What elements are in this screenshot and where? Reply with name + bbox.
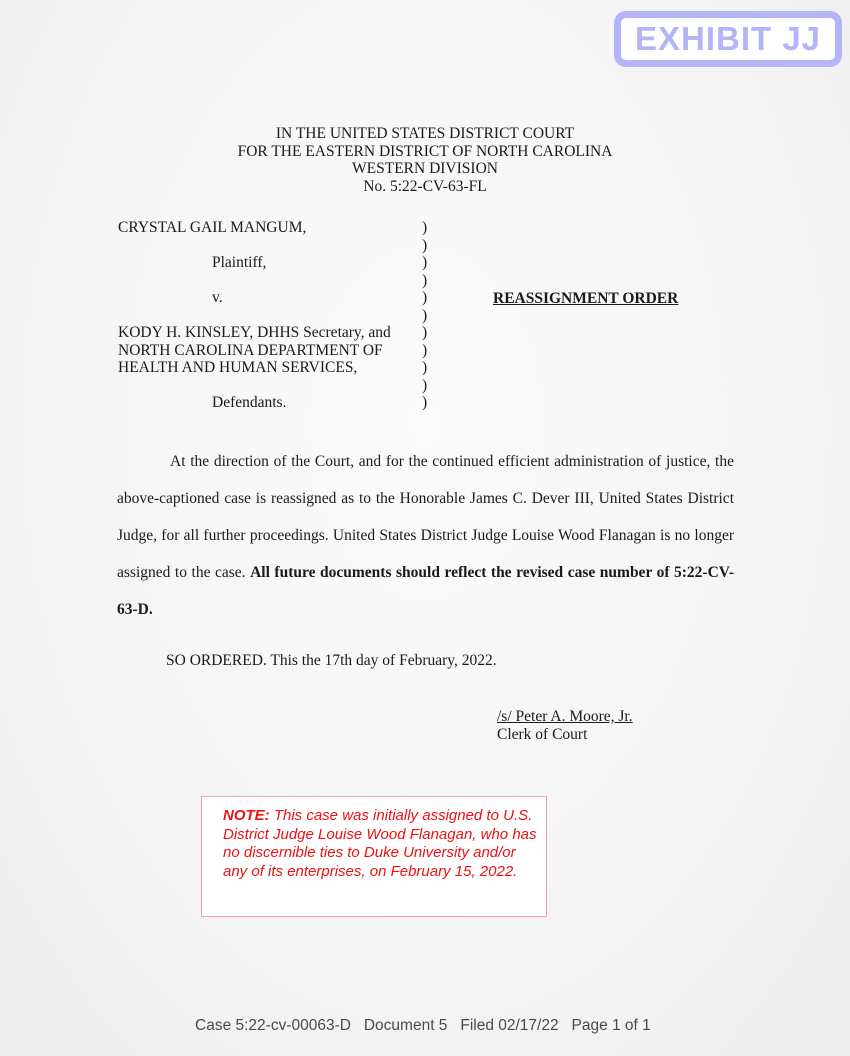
- exhibit-stamp: EXHIBIT JJ: [614, 11, 842, 67]
- signature-name: /s/ Peter A. Moore, Jr.: [497, 708, 633, 726]
- caption-brackets: ) ) ) ) ) ) ) ) ) ) ): [422, 219, 427, 412]
- versus-label: v.: [118, 289, 391, 307]
- so-ordered-line: SO ORDERED. This the 17th day of Februar…: [166, 652, 497, 670]
- case-number: No. 5:22-CV-63-FL: [0, 178, 850, 196]
- note-label: NOTE:: [223, 807, 270, 824]
- court-header: IN THE UNITED STATES DISTRICT COURT FOR …: [0, 125, 850, 195]
- court-district: FOR THE EASTERN DISTRICT OF NORTH CAROLI…: [0, 143, 850, 161]
- document-page: EXHIBIT JJ IN THE UNITED STATES DISTRICT…: [0, 0, 850, 1056]
- plaintiff-label: Plaintiff,: [118, 254, 391, 272]
- plaintiff-name: CRYSTAL GAIL MANGUM,: [118, 219, 391, 237]
- order-body: At the direction of the Court, and for t…: [117, 443, 734, 628]
- defendant-line-2: NORTH CAROLINA DEPARTMENT OF: [118, 342, 391, 360]
- case-caption: CRYSTAL GAIL MANGUM, Plaintiff, v. KODY …: [118, 219, 391, 412]
- order-text: At the direction of the Court, and for t…: [117, 453, 734, 581]
- court-name: IN THE UNITED STATES DISTRICT COURT: [0, 125, 850, 143]
- defendant-line-3: HEALTH AND HUMAN SERVICES,: [118, 359, 391, 377]
- signature-title: Clerk of Court: [497, 726, 633, 744]
- note-text: This case was initially assigned to U.S.…: [223, 807, 537, 880]
- signature-block: /s/ Peter A. Moore, Jr. Clerk of Court: [497, 708, 633, 744]
- document-footer: Case 5:22-cv-00063-D Document 5 Filed 02…: [195, 1017, 651, 1035]
- defendant-label: Defendants.: [118, 394, 391, 412]
- court-division: WESTERN DIVISION: [0, 160, 850, 178]
- note-annotation: NOTE: This case was initially assigned t…: [201, 796, 547, 917]
- order-paragraph: At the direction of the Court, and for t…: [117, 443, 734, 628]
- order-title: REASSIGNMENT ORDER: [493, 290, 678, 308]
- defendant-line-1: KODY H. KINSLEY, DHHS Secretary, and: [118, 324, 391, 342]
